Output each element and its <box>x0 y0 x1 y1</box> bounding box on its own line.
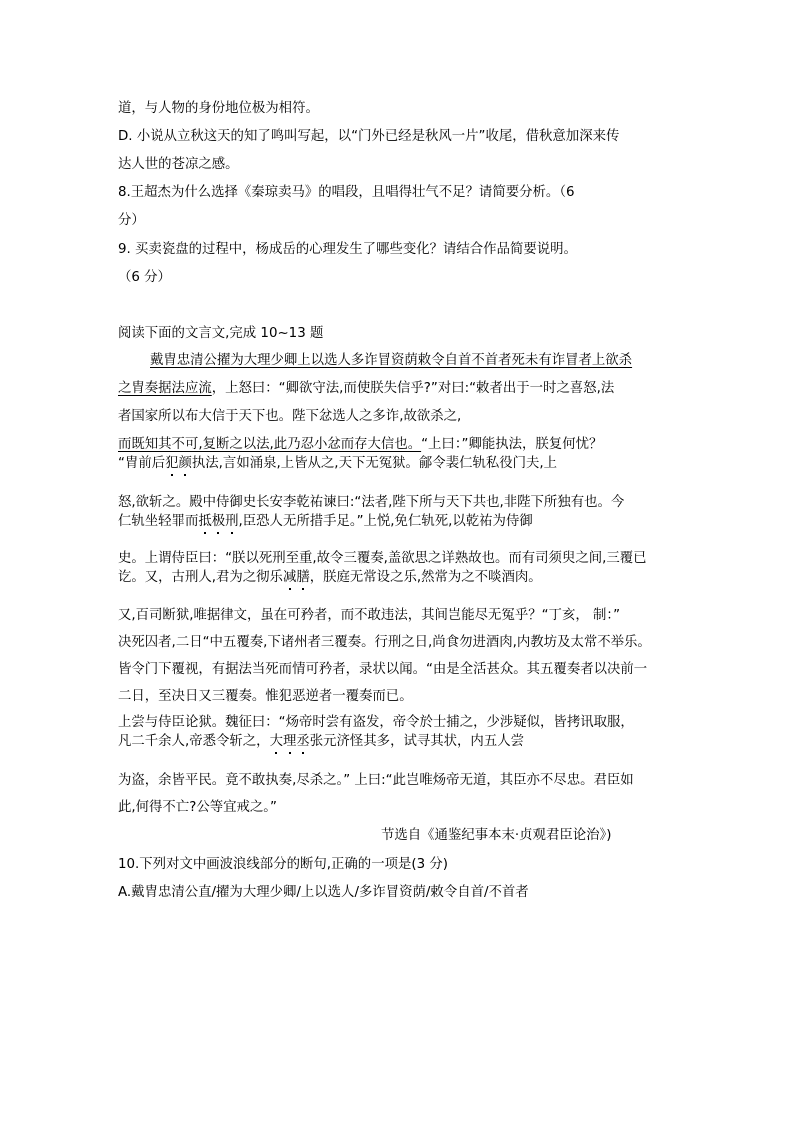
passage-text: “胄前后 <box>118 456 165 471</box>
passage-p1-line3: 者国家所以布大信于天下也。陛下忿选人之多诈,故欲杀之, <box>118 408 461 426</box>
passage-text: 讫。又，古刑人,君为之彻乐 <box>118 570 283 585</box>
passage-text: 仁轨坐轻罪而 <box>118 514 198 529</box>
underlined-sentence: 而既知其不可,复断之以法,此乃忍小忿而存大信也。 <box>118 437 421 452</box>
emphasis-dot-char: 理 <box>283 734 296 749</box>
passage-text: ，朕庭无常设之乐,然常为之不啖酒肉。 <box>310 570 542 585</box>
emphasis-dot-char: 抵 <box>198 514 211 529</box>
passage-p2-line1: 怒,欲斩之。殿中侍御史长安李乾祐谏曰:“法者,陛下所与天下共也,非陛下所独有也。… <box>118 494 624 512</box>
emphasis-dot-char: 丞 <box>296 734 309 749</box>
question-9-line1: 9. 买卖瓷盘的过程中，杨成岳的心理发生了哪些变化？请结合作品简要说明。 <box>118 241 577 259</box>
passage-text: 执法,言如涌泉,上皆从之,天下无冤狱。鄃令裴仁轨私役门夫,上 <box>192 456 557 471</box>
passage-p5-line4: 此,何得不亡?公等宜戒之。” <box>118 799 277 817</box>
emphasis-dot-char: 极 <box>212 514 225 529</box>
passage-text: 凡二千余人,帝悉令斩之， <box>118 734 270 749</box>
emphasis-dot-char: 大 <box>270 734 283 749</box>
emphasis-dot-char: 犯 <box>165 456 178 471</box>
passage-text: 张元济怪其多，试寻其状，内五人尝 <box>310 734 524 749</box>
option-d-line1: D. 小说从立秋这天的知了鸣叫写起，以“门外已经是秋风一片”收尾，借秋意加深来传 <box>118 128 619 146</box>
option-c-tail: 道，与人物的身份地位极为相符。 <box>118 100 319 118</box>
passage-text: “上曰：”卿能执法，朕复何忧？ <box>421 437 602 452</box>
emphasis-dot-char: 刑 <box>225 514 238 529</box>
document-page: 道，与人物的身份地位极为相符。 D. 小说从立秋这天的知了鸣叫写起，以“门外已经… <box>0 0 794 1123</box>
passage-p3-line2: 讫。又，古刑人,君为之彻乐减膳，朕庭无常设之乐,然常为之不啖酒肉。 <box>118 569 542 587</box>
passage-text: ，上怒曰：“卿欲守法,而使朕失信乎?”对曰:“敕者出于一时之喜怒,法 <box>212 381 615 396</box>
question-10-option-a: A.戴胄忠清公直/擢为大理少卿/上以选人/多诈冒资荫/敕令自首/不首者 <box>118 884 529 902</box>
passage-source: 节选自《通鉴纪事本末·贞观君臣论治》) <box>381 827 611 845</box>
passage-p5-line1: 上尝与侍臣论狱。魏征曰：“炀帝时尝有盗发，帝令於士捕之，少涉疑似，皆拷讯取服， <box>118 714 634 732</box>
passage-p2-line2: 仁轨坐轻罪而抵极刑,臣恐人无所措手足。”上悦,免仁轨死,以乾祐为侍御 <box>118 513 533 531</box>
wavy-underlined-text: 戴胄忠清公擢为大理少卿上以选人多诈冒资荫敕令自首不首者死未有诈冒者上欲杀 <box>150 353 632 368</box>
question-8-line1: 8.王超杰为什么选择《秦琼卖马》的唱段，且唱得壮气不足？请简要分析。（6 <box>118 184 574 202</box>
passage-p3-line1: 史。上谓侍臣曰：“朕以死刑至重,故令三覆奏,盖欲思之详熟故也。而有司须臾之间,三… <box>118 550 647 568</box>
passage-p5-line2: 凡二千余人,帝悉令斩之，大理丞张元济怪其多，试寻其状，内五人尝 <box>118 733 524 751</box>
question-10-stem: 10.下列对文中画波浪线部分的断句,正确的一项是(3 分) <box>118 856 448 874</box>
passage-p1-line5: “胄前后犯颜执法,言如涌泉,上皆从之,天下无冤狱。鄃令裴仁轨私役门夫,上 <box>118 455 557 473</box>
option-d-line2: 达人世的苍凉之感。 <box>118 156 239 174</box>
passage-text: ,臣恐人无所措手足。”上悦,免仁轨死,以乾祐为侍御 <box>239 514 533 529</box>
passage-p1-line4: 而既知其不可,复断之以法,此乃忍小忿而存大信也。“上曰：”卿能执法，朕复何忧？ <box>118 436 602 454</box>
passage-p4-line1: 又,百司断狱,唯据律文，虽在可矜者，而不敢违法，其间岂能尽无冤乎？“丁亥， 制：… <box>118 607 620 625</box>
passage-p4-line2: 决死囚者,二日“中五覆奏,下诸州者三覆奏。行刑之日,尚食勿进酒肉,内教坊及太常不… <box>118 634 651 652</box>
emphasis-dot-char: 颜 <box>179 456 192 471</box>
question-9-line2: （6 分） <box>118 269 171 287</box>
passage-p1-line1: 戴胄忠清公擢为大理少卿上以选人多诈冒资荫敕令自首不首者死未有诈冒者上欲杀 <box>150 352 632 370</box>
passage-p4-line3: 皆令门下覆视，有据法当死而情可矜者，录状以闻。“由是全活甚众。其五覆奏者以决前一 <box>118 661 647 679</box>
passage-p5-line3: 为盗，余皆平民。竟不敢执奏,尽杀之。” 上曰:“此岂唯炀帝无道，其臣亦不尽忠。君… <box>118 772 634 790</box>
question-8-line2: 分） <box>118 212 145 230</box>
emphasis-dot-char: 膳 <box>296 570 309 585</box>
classical-instruction: 阅读下面的文言文,完成 10~13 题 <box>118 325 323 343</box>
passage-p1-line2: 之胄奏据法应流，上怒曰：“卿欲守法,而使朕失信乎?”对曰:“敕者出于一时之喜怒,… <box>118 380 614 398</box>
emphasis-dot-char: 减 <box>283 570 296 585</box>
passage-p4-line4: 二日，至决日又三覆奏。惟犯恶逆者一覆奏而已。 <box>118 688 413 706</box>
wavy-underlined-text: 之胄奏据法应流 <box>118 381 212 396</box>
